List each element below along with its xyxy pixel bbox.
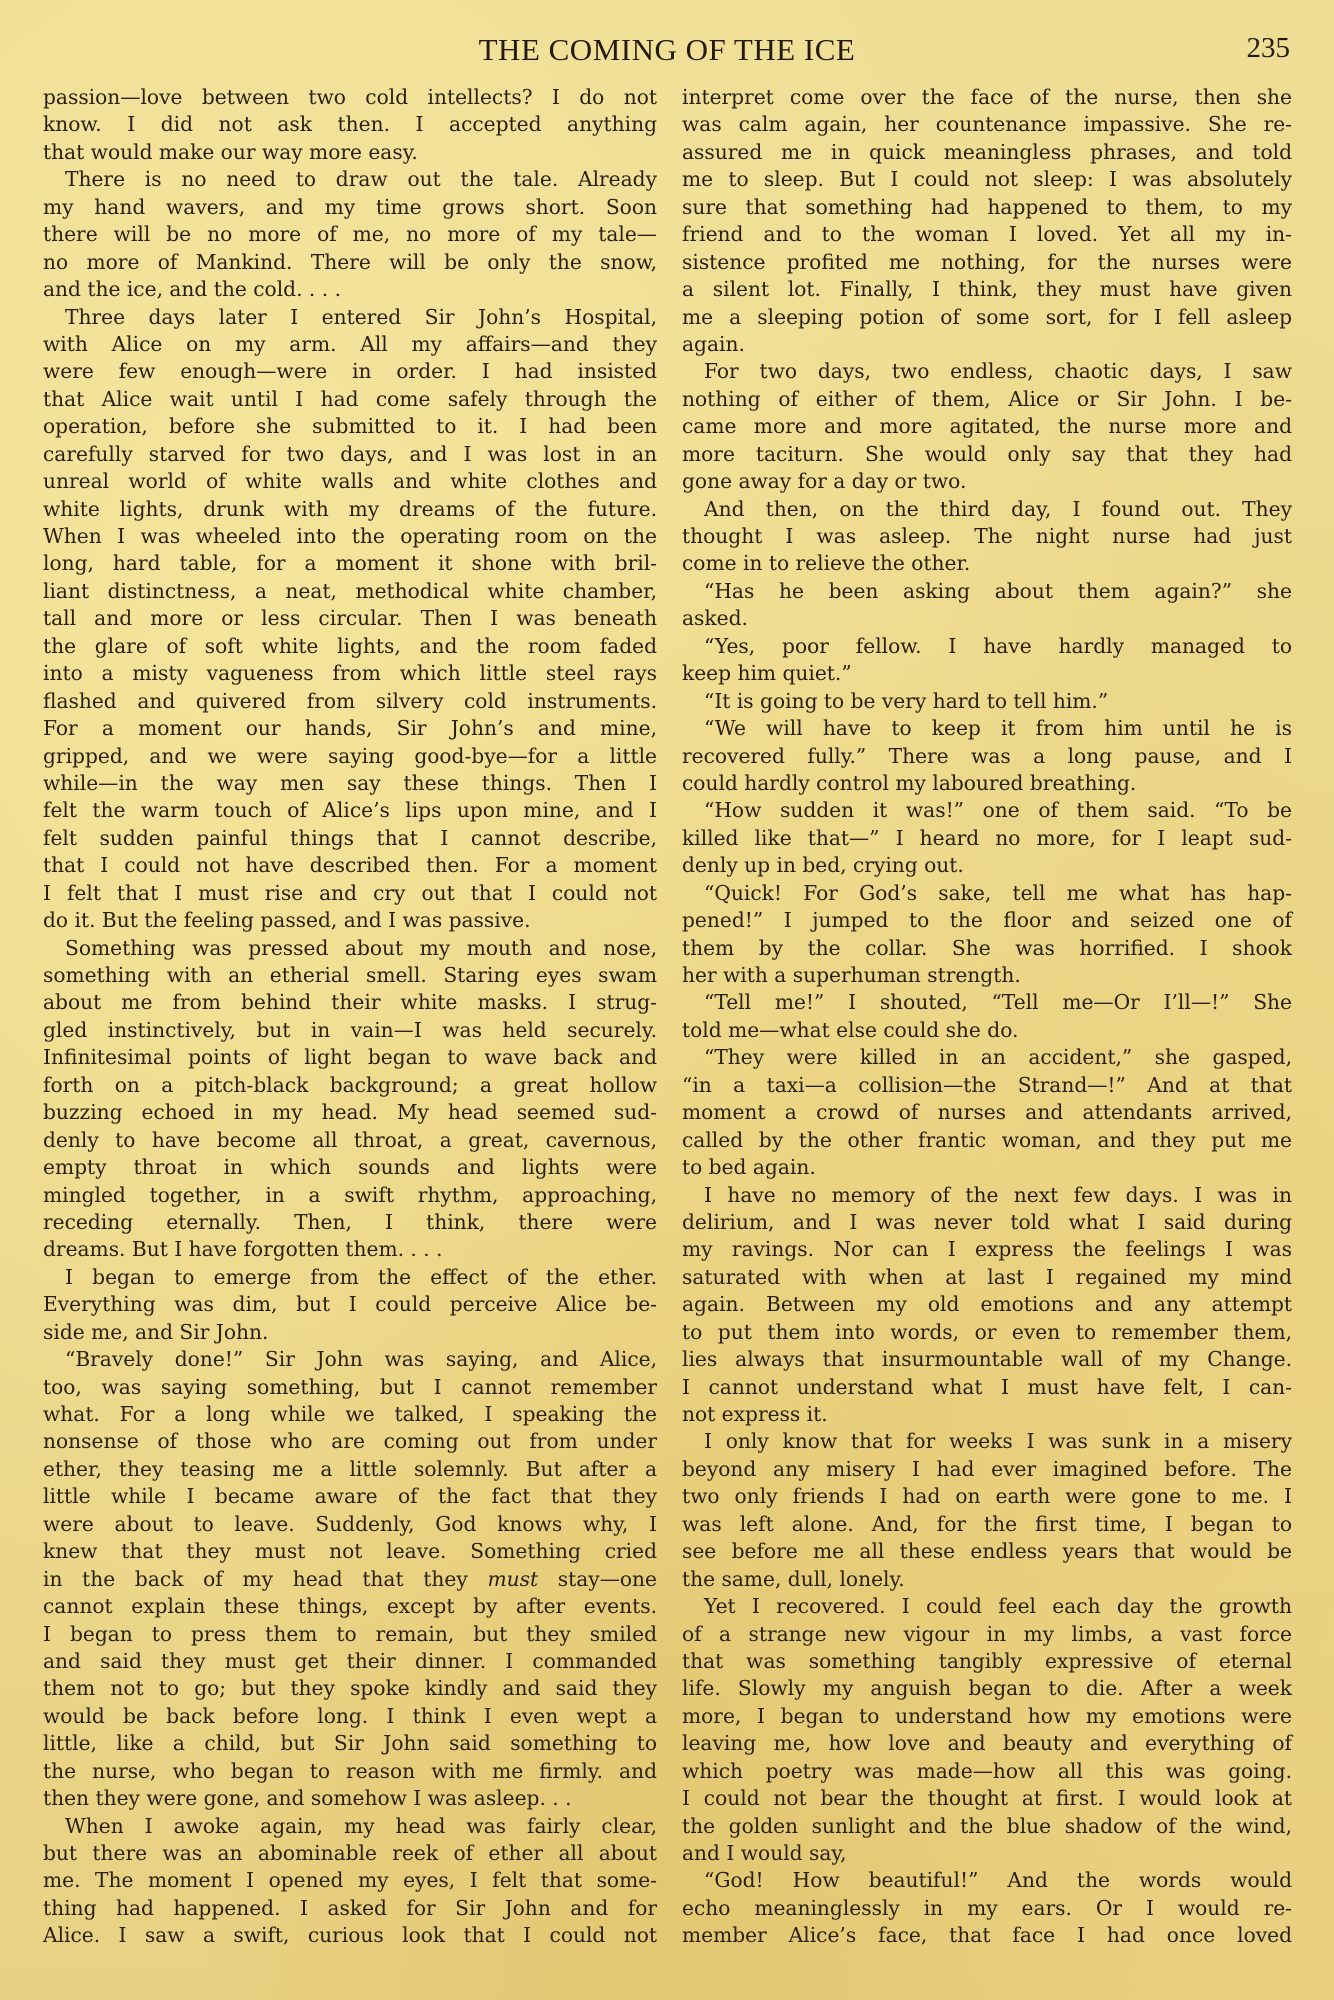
text-line: see before me all these endless years th…	[682, 1538, 1292, 1565]
text-line: asked.	[682, 605, 1292, 632]
text-line: I felt that I must rise and cry out that…	[43, 880, 657, 907]
text-line: “in a taxi—a collision—the Strand—!” And…	[682, 1072, 1292, 1099]
text-line: that would make our way more easy.	[43, 139, 657, 166]
text-line: flashed and quivered from silvery cold i…	[43, 688, 657, 715]
text-line: while—in the way men say these things. T…	[43, 770, 657, 797]
text-line: with Alice on my arm. All my affairs—and…	[43, 331, 657, 358]
text-line: could hardly control my laboured breathi…	[682, 770, 1292, 797]
text-line: Alice. I saw a swift, curious look that …	[43, 1922, 657, 1949]
text-line: little while I became aware of the fact …	[43, 1483, 657, 1510]
text-line: denly to have become all throat, a great…	[43, 1127, 657, 1154]
text-line: operation, before she submitted to it. I…	[43, 413, 657, 440]
text-line: “God! How beautiful!” And the words woul…	[682, 1867, 1292, 1894]
text-line: For two days, two endless, chaotic days,…	[682, 358, 1292, 385]
text-line: empty throat in which sounds and lights …	[43, 1154, 657, 1181]
text-line: was calm again, her countenance impassiv…	[682, 111, 1292, 138]
text-line: unreal world of white walls and white cl…	[43, 468, 657, 495]
text-column-left: passion—love between two cold intellects…	[43, 84, 657, 1950]
text-line: which poetry was made—how all this was g…	[682, 1758, 1292, 1785]
text-line: “How sudden it was!” one of them said. “…	[682, 797, 1292, 824]
text-line: not express it.	[682, 1401, 1292, 1428]
text-line: I could not bear the thought at first. I…	[682, 1785, 1292, 1812]
text-line: recovered fully.” There was a long pause…	[682, 743, 1292, 770]
text-line: me. The moment I opened my eyes, I felt …	[43, 1867, 657, 1894]
text-line: that Alice wait until I had come safely …	[43, 386, 657, 413]
text-line: Yet I recovered. I could feel each day t…	[682, 1593, 1292, 1620]
text-line: killed like that—” I heard no more, for …	[682, 825, 1292, 852]
text-line: I have no memory of the next few days. I…	[682, 1182, 1292, 1209]
text-line: ether, they teasing me a little solemnly…	[43, 1456, 657, 1483]
text-line: came more and more agitated, the nurse m…	[682, 413, 1292, 440]
text-line: would be back before long. I think I eve…	[43, 1703, 657, 1730]
text-line: leaving me, how love and beauty and ever…	[682, 1730, 1292, 1757]
text-line: I began to emerge from the effect of the…	[43, 1264, 657, 1291]
text-line: “Bravely done!” Sir John was saying, and…	[43, 1346, 657, 1373]
text-line: tall and more or less circular. Then I w…	[43, 605, 657, 632]
text-line: and the ice, and the cold. . . .	[43, 276, 657, 303]
text-line: again.	[682, 331, 1292, 358]
text-line: thought I was asleep. The night nurse ha…	[682, 523, 1292, 550]
text-line: friend and to the woman I loved. Yet all…	[682, 221, 1292, 248]
text-line: what. For a long while we talked, I spea…	[43, 1401, 657, 1428]
text-line: carefully starved for two days, and I wa…	[43, 441, 657, 468]
text-line: my hand wavers, and my time grows short.…	[43, 194, 657, 221]
text-line: were few enough—were in order. I had ins…	[43, 358, 657, 385]
text-line: long, hard table, for a moment it shone …	[43, 550, 657, 577]
text-line: do it. But the feeling passed, and I was…	[43, 907, 657, 934]
text-line: told me—what else could she do.	[682, 1017, 1292, 1044]
text-line: There is no need to draw out the tale. A…	[43, 166, 657, 193]
text-line: the golden sunlight and the blue shadow …	[682, 1813, 1292, 1840]
text-line: “Quick! For God’s sake, tell me what has…	[682, 880, 1292, 907]
text-line: know. I did not ask then. I accepted any…	[43, 111, 657, 138]
text-line: interpret come over the face of the nurs…	[682, 84, 1292, 111]
text-line: them not to go; but they spoke kindly an…	[43, 1675, 657, 1702]
text-line: For a moment our hands, Sir John’s and m…	[43, 715, 657, 742]
text-line: white lights, drunk with my dreams of th…	[43, 496, 657, 523]
text-line: of a strange new vigour in my limbs, a v…	[682, 1621, 1292, 1648]
text-line: thing had happened. I asked for Sir John…	[43, 1895, 657, 1922]
text-line: denly up in bed, crying out.	[682, 852, 1292, 879]
text-line: me a sleeping potion of some sort, for I…	[682, 304, 1292, 331]
text-line: And then, on the third day, I found out.…	[682, 496, 1292, 523]
text-line: “They were killed in an accident,” she g…	[682, 1044, 1292, 1071]
text-line: lies always that insurmountable wall of …	[682, 1346, 1292, 1373]
text-line: gled instinctively, but in vain—I was he…	[43, 1017, 657, 1044]
text-line: the glare of soft white lights, and the …	[43, 633, 657, 660]
text-line: come in to relieve the other.	[682, 550, 1292, 577]
text-line: “Yes, poor fellow. I have hardly managed…	[682, 633, 1292, 660]
text-line: two only friends I had on earth were gon…	[682, 1483, 1292, 1510]
text-line: the nurse, who began to reason with me f…	[43, 1758, 657, 1785]
running-header: THE COMING OF THE ICE 235	[0, 30, 1334, 70]
text-line: sure that something had happened to them…	[682, 194, 1292, 221]
text-line: to put them into words, or even to remem…	[682, 1319, 1292, 1346]
text-line: I began to press them to remain, but the…	[43, 1621, 657, 1648]
text-line: and said they must get their dinner. I c…	[43, 1648, 657, 1675]
text-line: no more of Mankind. There will be only t…	[43, 249, 657, 276]
text-line: echo meaninglessly in my ears. Or I woul…	[682, 1895, 1292, 1922]
text-line: the same, dull, lonely.	[682, 1566, 1292, 1593]
text-line: there will be no more of me, no more of …	[43, 221, 657, 248]
text-line: was left alone. And, for the first time,…	[682, 1511, 1292, 1538]
text-line: member Alice’s face, that face I had onc…	[682, 1922, 1292, 1949]
text-line: When I awoke again, my head was fairly c…	[43, 1813, 657, 1840]
text-line: little, like a child, but Sir John said …	[43, 1730, 657, 1757]
text-line: forth on a pitch-black background; a gre…	[43, 1072, 657, 1099]
text-line: I cannot understand what I must have fel…	[682, 1374, 1292, 1401]
text-line: Something was pressed about my mouth and…	[43, 935, 657, 962]
text-line: into a misty vagueness from which little…	[43, 660, 657, 687]
text-line: to bed again.	[682, 1154, 1292, 1181]
text-line: nothing of either of them, Alice or Sir …	[682, 386, 1292, 413]
text-line: buzzing echoed in my head. My head seeme…	[43, 1099, 657, 1126]
text-line: my ravings. Nor can I express the feelin…	[682, 1236, 1292, 1263]
text-line: dreams. But I have forgotten them. . . .	[43, 1236, 657, 1263]
text-line: me to sleep. But I could not sleep: I wa…	[682, 166, 1292, 193]
text-line: too, was saying something, but I cannot …	[43, 1374, 657, 1401]
text-line: liant distinctness, a neat, methodical w…	[43, 578, 657, 605]
text-line: felt the warm touch of Alice’s lips upon…	[43, 797, 657, 824]
text-line: her with a superhuman strength.	[682, 962, 1292, 989]
text-line: side me, and Sir John.	[43, 1319, 657, 1346]
text-line: something with an etherial smell. Starin…	[43, 962, 657, 989]
text-line: gone away for a day or two.	[682, 468, 1292, 495]
text-line: them by the collar. She was horrified. I…	[682, 935, 1292, 962]
text-line: saturated with when at last I regained m…	[682, 1264, 1292, 1291]
text-line: Everything was dim, but I could perceive…	[43, 1291, 657, 1318]
text-line: and I would say,	[682, 1840, 1292, 1867]
text-line: again. Between my old emotions and any a…	[682, 1291, 1292, 1318]
text-line: beyond any misery I had ever imagined be…	[682, 1456, 1292, 1483]
text-line: about me from behind their white masks. …	[43, 989, 657, 1016]
text-line: cannot explain these things, except by a…	[43, 1593, 657, 1620]
text-line: I only know that for weeks I was sunk in…	[682, 1428, 1292, 1455]
text-line: nonsense of those who are coming out fro…	[43, 1428, 657, 1455]
text-line: Three days later I entered Sir John’s Ho…	[43, 304, 657, 331]
page-number: 235	[1247, 32, 1291, 65]
text-line: more, I began to understand how my emoti…	[682, 1703, 1292, 1730]
text-line: that I could not have described then. Fo…	[43, 852, 657, 879]
text-line: knew that they must not leave. Something…	[43, 1538, 657, 1565]
text-line: When I was wheeled into the operating ro…	[43, 523, 657, 550]
text-line: life. Slowly my anguish began to die. Af…	[682, 1675, 1292, 1702]
text-line: “Tell me!” I shouted, “Tell me—Or I’ll—!…	[682, 989, 1292, 1016]
text-line: passion—love between two cold intellects…	[43, 84, 657, 111]
text-line: called by the other frantic woman, and t…	[682, 1127, 1292, 1154]
text-line: “Has he been asking about them again?” s…	[682, 578, 1292, 605]
text-line: that was something tangibly expressive o…	[682, 1648, 1292, 1675]
text-line: receding eternally. Then, I think, there…	[43, 1209, 657, 1236]
text-line: but there was an abominable reek of ethe…	[43, 1840, 657, 1867]
text-column-right: interpret come over the face of the nurs…	[682, 84, 1292, 1950]
text-line: were about to leave. Suddenly, God knows…	[43, 1511, 657, 1538]
text-line: assured me in quick meaningless phrases,…	[682, 139, 1292, 166]
text-line: keep him quiet.”	[682, 660, 1292, 687]
text-line: felt sudden painful things that I cannot…	[43, 825, 657, 852]
text-line: “We will have to keep it from him until …	[682, 715, 1292, 742]
text-line: then they were gone, and somehow I was a…	[43, 1785, 657, 1812]
text-line: Infinitesimal points of light began to w…	[43, 1044, 657, 1071]
text-line: sistence profited me nothing, for the nu…	[682, 249, 1292, 276]
text-line: moment a crowd of nurses and attendants …	[682, 1099, 1292, 1126]
text-line: more taciturn. She would only say that t…	[682, 441, 1292, 468]
text-line: mingled together, in a swift rhythm, app…	[43, 1182, 657, 1209]
text-line: “It is going to be very hard to tell him…	[682, 688, 1292, 715]
italic-emphasis: must	[487, 1567, 538, 1591]
text-line: delirium, and I was never told what I sa…	[682, 1209, 1292, 1236]
text-line: a silent lot. Finally, I think, they mus…	[682, 276, 1292, 303]
text-line: pened!” I jumped to the floor and seized…	[682, 907, 1292, 934]
text-line: gripped, and we were saying good-bye—for…	[43, 743, 657, 770]
running-title: THE COMING OF THE ICE	[0, 32, 1334, 68]
text-line: in the back of my head that they must st…	[43, 1566, 657, 1593]
